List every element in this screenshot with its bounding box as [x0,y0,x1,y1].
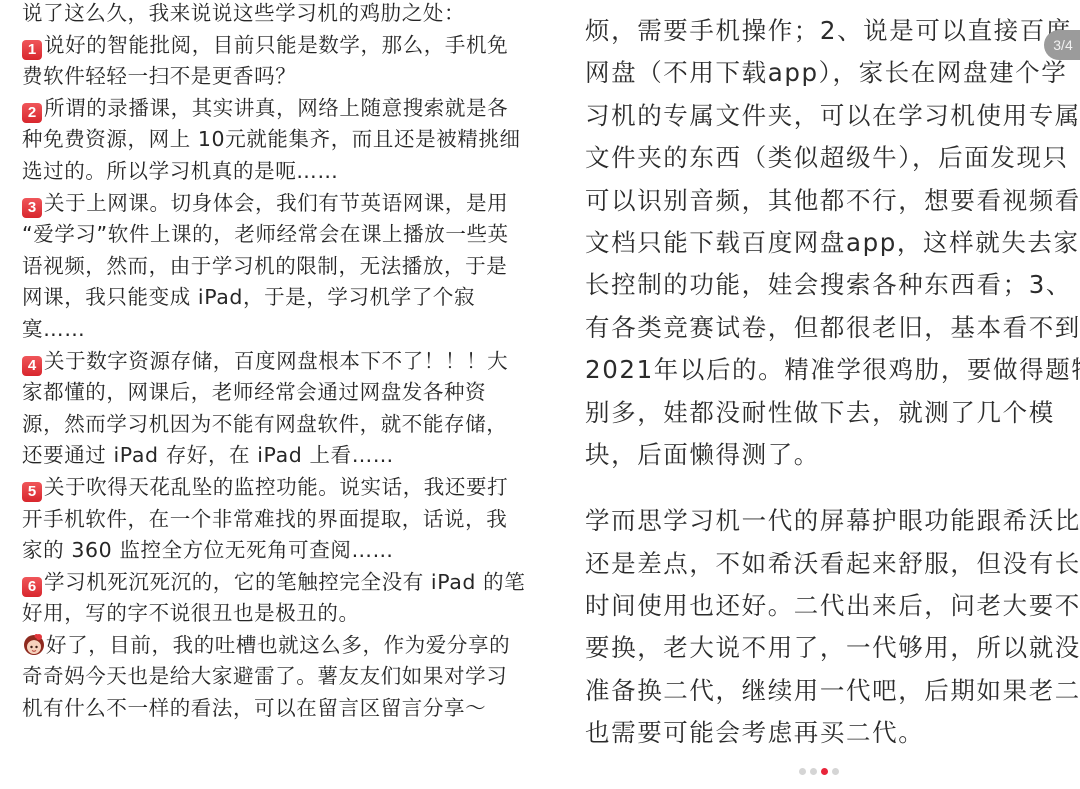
carousel-dot-3-active[interactable] [821,768,828,775]
text-line: 别多，娃都没耐性做下去，就测了几个模 [585,392,1065,434]
line-text: 所谓的录播课，其实讲真，网络上随意搜索就是各 [44,96,508,120]
text-line: 可以识别音频，其他都不行，想要看视频看 [585,180,1065,222]
page-indicator-badge: 3/4 [1044,30,1080,60]
text-line: 文档只能下载百度网盘app，这样就失去家 [585,222,1065,264]
text-line: 有各类竞赛试卷，但都很老旧，基本看不到 [585,307,1065,349]
text-line: 寞…… [22,314,534,346]
text-line: 时间使用也还好。二代出来后，问老大要不 [585,585,1065,627]
text-line: 准备换二代，继续用一代吧，后期如果老二 [585,670,1065,712]
number-6-icon: 6 [22,577,42,597]
line-text: 网课，我只能变成 iPad，于是，学习机学了个寂 [22,285,475,309]
text-line: 也需要可能会考虑再买二代。 [585,712,1065,754]
line-text: 还要通过 iPad 存好，在 iPad 上看…… [22,443,394,467]
line-text: 说了这么久，我来说说这些学习机的鸡肋之处： [22,1,465,25]
line-text: 寞…… [22,317,85,341]
text-line: 文件夹的东西（类似超级牛），后面发现只 [585,137,1065,179]
line-text: 好用，写的字不说很丑也是极丑的。 [22,601,360,625]
text-line: 开手机软件，在一个非常难找的界面提取，话说，我 [22,504,534,536]
line-text: 好了，目前，我的吐槽也就这么多，作为爱分享的 [46,633,510,657]
paragraph-2: 学而思学习机一代的屏幕护眼功能跟希沃比 还是差点，不如希沃看起来舒服，但没有长 … [585,500,1065,754]
line-text: 家都懂的，网课后，老师经常会通过网盘发各种资 [22,380,486,404]
number-5-icon: 5 [22,482,42,502]
carousel-dots[interactable] [799,768,839,775]
text-line: 习机的专属文件夹，可以在学习机使用专属 [585,95,1065,137]
carousel-dot-2[interactable] [810,768,817,775]
line-text: 奇奇妈今天也是给大家避雷了。薯友友们如果对学习 [22,664,507,688]
list-item-3: 3关于上网课。切身体会，我们有节英语网课，是用 [22,188,534,220]
line-text: 关于吹得天花乱坠的监控功能。说实话，我还要打 [44,475,508,499]
text-line: 选过的。所以学习机真的是呃…… [22,156,534,188]
text-line: 家的 360 监控全方位无死角可查阅…… [22,535,534,567]
text-line: 要换，老大说不用了，一代够用，所以就没 [585,627,1065,669]
text-line: 还要通过 iPad 存好，在 iPad 上看…… [22,440,534,472]
text-line: 块，后面懒得测了。 [585,434,1065,476]
text-line: 还是差点，不如希沃看起来舒服，但没有长 [585,543,1065,585]
number-2-icon: 2 [22,103,42,123]
carousel-dot-4[interactable] [832,768,839,775]
line-text: 费软件轻轻一扫不是更香吗？ [22,64,296,88]
line-text: 源，然而学习机因为不能有网盘软件，就不能存储， [22,412,507,436]
line-text: 关于数字资源存储，百度网盘根本下不了！！！大 [44,349,508,373]
list-item-2: 2所谓的录播课，其实讲真，网络上随意搜索就是各 [22,93,534,125]
line-text: 学习机死沉死沉的，它的笔触控完全没有 iPad 的笔 [44,570,525,594]
line-text: 关于上网课。切身体会，我们有节英语网课，是用 [44,191,508,215]
closing-item: 好了，目前，我的吐槽也就这么多，作为爱分享的 [22,630,534,662]
girl-avatar-emoji-icon [22,632,46,656]
text-line: 网盘（不用下载app），家长在网盘建个学 [585,52,1065,94]
text-line: 学而思学习机一代的屏幕护眼功能跟希沃比 [585,500,1065,542]
text-line: 奇奇妈今天也是给大家避雷了。薯友友们如果对学习 [22,661,534,693]
text-line: 好用，写的字不说很丑也是极丑的。 [22,598,534,630]
line-text: 开手机软件，在一个非常难找的界面提取，话说，我 [22,507,507,531]
text-line: “爱学习”软件上课的，老师经常会在课上播放一些英 [22,219,534,251]
number-1-icon: 1 [22,40,42,60]
right-image-panel: 烦，需要手机操作；2、说是可以直接百度 网盘（不用下载app），家长在网盘建个学… [548,0,1080,789]
number-4-icon: 4 [22,356,42,376]
line-text: 选过的。所以学习机真的是呃…… [22,159,339,183]
line-text: 种免费资源，网上 10元就能集齐，而且还是被精挑细 [22,127,521,151]
text-line: 说了这么久，我来说说这些学习机的鸡肋之处： [22,0,534,30]
line-text: 说好的智能批阅，目前只能是数学，那么，手机免 [44,33,508,57]
paragraph-1: 烦，需要手机操作；2、说是可以直接百度 网盘（不用下载app），家长在网盘建个学… [585,10,1065,476]
text-line: 家都懂的，网课后，老师经常会通过网盘发各种资 [22,377,534,409]
line-text: “爱学习”软件上课的，老师经常会在课上播放一些英 [22,222,509,246]
list-item-4: 4关于数字资源存储，百度网盘根本下不了！！！大 [22,346,534,378]
text-line: 机有什么不一样的看法，可以在留言区留言分享～ [22,693,534,725]
list-item-6: 6学习机死沉死沉的，它的笔触控完全没有 iPad 的笔 [22,567,534,599]
line-text: 家的 360 监控全方位无死角可查阅…… [22,538,394,562]
text-line: 长控制的功能，娃会搜索各种东西看；3、 [585,264,1065,306]
line-text: 机有什么不一样的看法，可以在留言区留言分享～ [22,696,486,720]
line-text: 语视频，然而，由于学习机的限制，无法播放，于是 [22,254,507,278]
text-line: 网课，我只能变成 iPad，于是，学习机学了个寂 [22,282,534,314]
left-post-text: 说了这么久，我来说说这些学习机的鸡肋之处： 1说好的智能批阅，目前只能是数学，那… [22,0,534,725]
number-3-icon: 3 [22,198,42,218]
text-line: 种免费资源，网上 10元就能集齐，而且还是被精挑细 [22,124,534,156]
carousel-dot-1[interactable] [799,768,806,775]
list-item-1: 1说好的智能批阅，目前只能是数学，那么，手机免 [22,30,534,62]
left-image-panel: 说了这么久，我来说说这些学习机的鸡肋之处： 1说好的智能批阅，目前只能是数学，那… [0,0,548,789]
text-line: 语视频，然而，由于学习机的限制，无法播放，于是 [22,251,534,283]
text-line: 烦，需要手机操作；2、说是可以直接百度 [585,10,1065,52]
right-post-text: 烦，需要手机操作；2、说是可以直接百度 网盘（不用下载app），家长在网盘建个学… [585,10,1065,755]
text-line: 源，然而学习机因为不能有网盘软件，就不能存储， [22,409,534,441]
text-line: 费软件轻轻一扫不是更香吗？ [22,61,534,93]
list-item-5: 5关于吹得天花乱坠的监控功能。说实话，我还要打 [22,472,534,504]
paragraph-spacer [585,476,1065,500]
text-line: 2021年以后的。精准学很鸡肋，要做得题特 [585,349,1065,391]
